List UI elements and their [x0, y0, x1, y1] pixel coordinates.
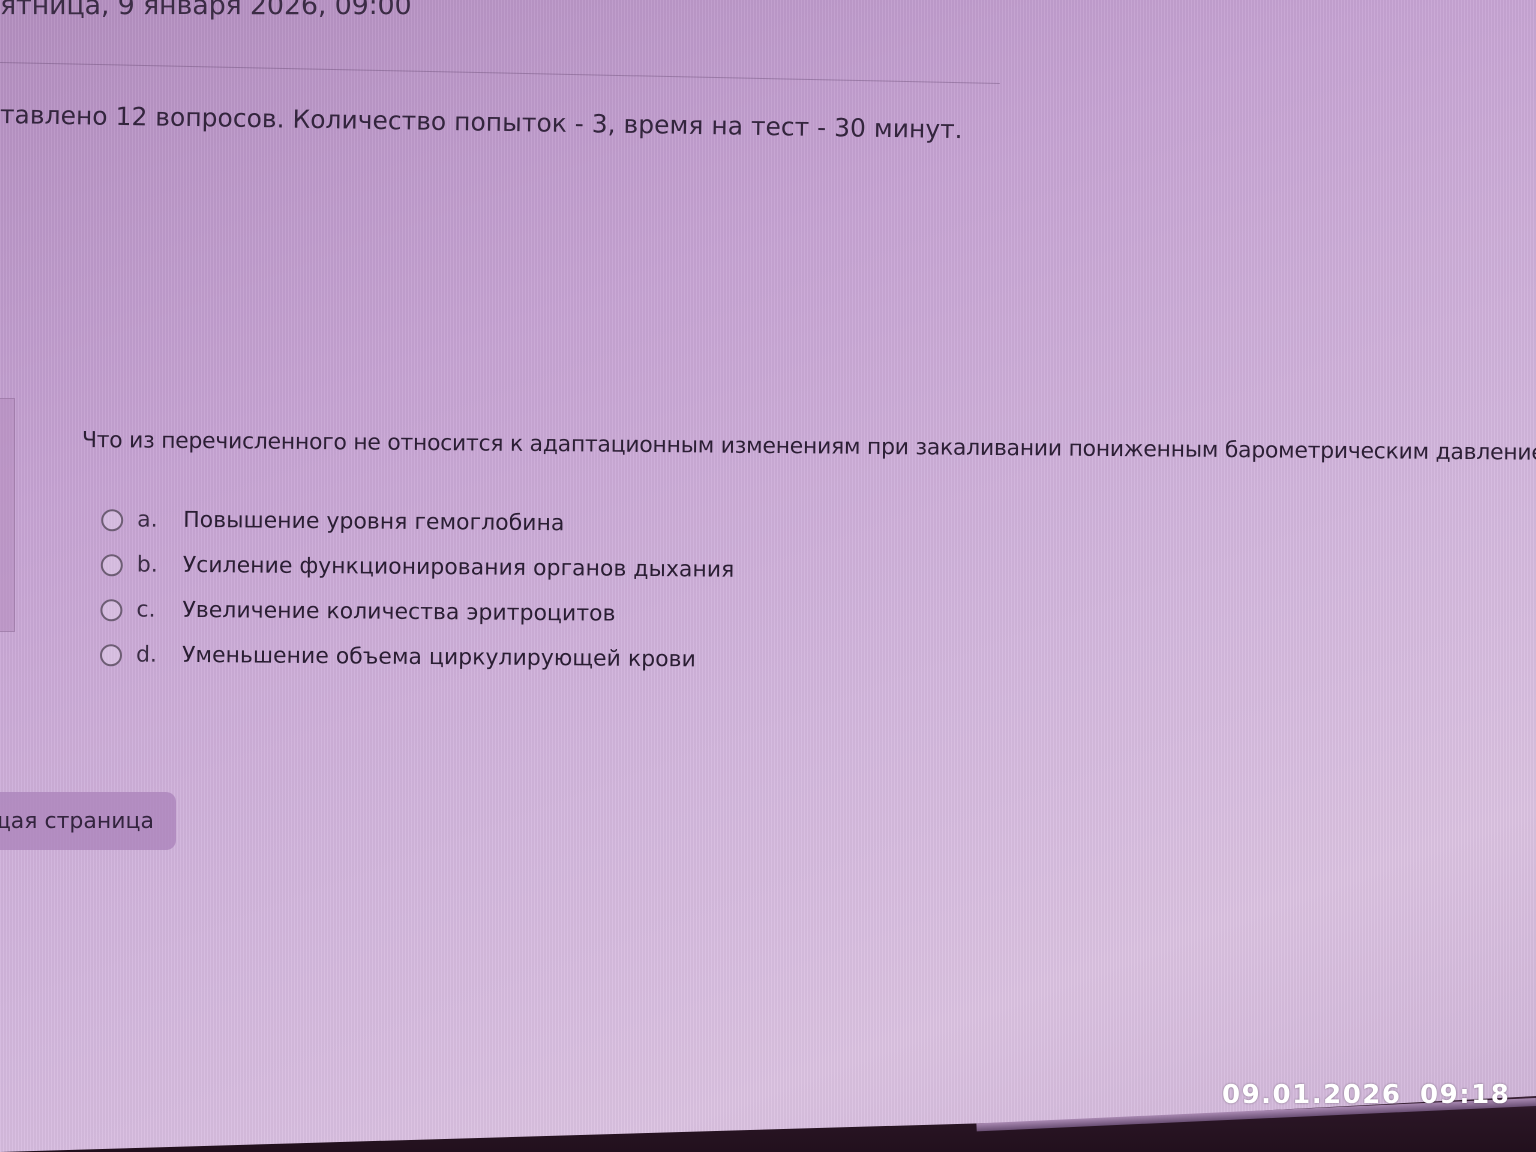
- option-label: Уменьшение объема циркулирующей крови: [182, 643, 696, 672]
- answer-options: a. Повышение уровня гемоглобина b. Усиле…: [100, 497, 1536, 690]
- option-label: Увеличение количества эритроцитов: [182, 598, 615, 627]
- option-letter: b.: [137, 552, 183, 577]
- option-letter: c.: [136, 597, 182, 622]
- radio-button-icon[interactable]: [100, 599, 122, 621]
- question-info-panel: [0, 398, 15, 632]
- next-page-button[interactable]: щая страница: [0, 792, 176, 850]
- option-letter: d.: [136, 642, 182, 667]
- option-letter: a.: [137, 507, 183, 532]
- question-text: Что из перечисленного не относится к ада…: [82, 428, 1536, 466]
- quiz-info-text: тавлено 12 вопросов. Количество попыток …: [0, 100, 963, 144]
- question-block: Что из перечисленного не относится к ада…: [80, 428, 1536, 690]
- radio-button-icon[interactable]: [101, 509, 123, 531]
- option-label: Повышение уровня гемоглобина: [183, 508, 564, 536]
- header-divider: [0, 62, 1000, 84]
- radio-button-icon[interactable]: [101, 554, 123, 576]
- option-label: Усиление функционирования органов дыхани…: [183, 553, 735, 583]
- quiz-open-date: ятница, 9 января 2026, 09:00: [0, 0, 411, 21]
- radio-button-icon[interactable]: [100, 644, 122, 666]
- photo-timestamp: 09.01.2026 09:18: [1222, 1080, 1510, 1110]
